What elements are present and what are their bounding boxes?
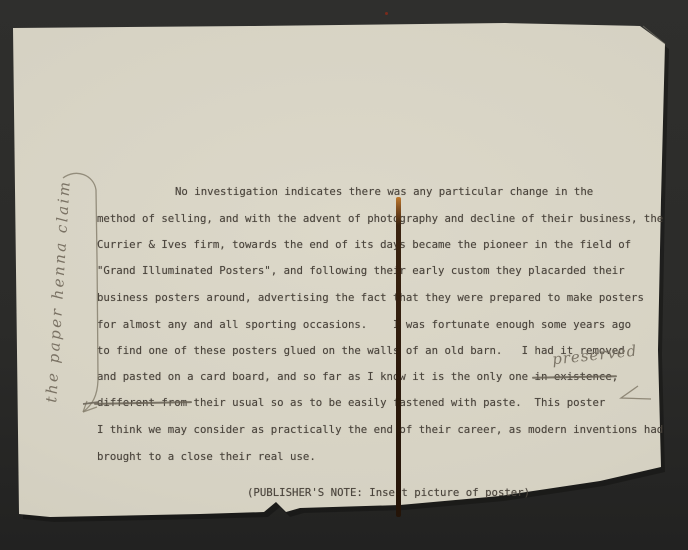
typed-text: and pasted on a card board, and so far a…	[97, 370, 535, 383]
scan-background: No investigation indicates there was any…	[0, 0, 688, 550]
struck-text: in existence	[535, 370, 612, 383]
typed-line: and pasted on a card board, and so far a…	[97, 370, 618, 383]
typed-line: No investigation indicates there was any…	[175, 185, 593, 198]
tape-stain-line	[396, 197, 401, 517]
typed-line: different from their usual so as to be e…	[97, 396, 605, 409]
publishers-note: (PUBLISHER'S NOTE: Insert picture of pos…	[247, 486, 530, 499]
typed-line: business posters around, advertising the…	[97, 291, 644, 304]
typed-line: for almost any and all sporting occasion…	[97, 318, 631, 331]
typed-line: to find one of these posters glued on th…	[97, 344, 625, 357]
typed-line: brought to a close their real use.	[97, 450, 316, 463]
typed-line: method of selling, and with the advent o…	[97, 212, 663, 225]
struck-text: different from	[97, 396, 187, 409]
typed-line: "Grand Illuminated Posters", and followi…	[97, 264, 625, 277]
red-speck	[385, 12, 388, 15]
typed-line: Currier & Ives firm, towards the end of …	[97, 238, 631, 251]
typed-line: I think we may consider as practically t…	[97, 423, 663, 436]
